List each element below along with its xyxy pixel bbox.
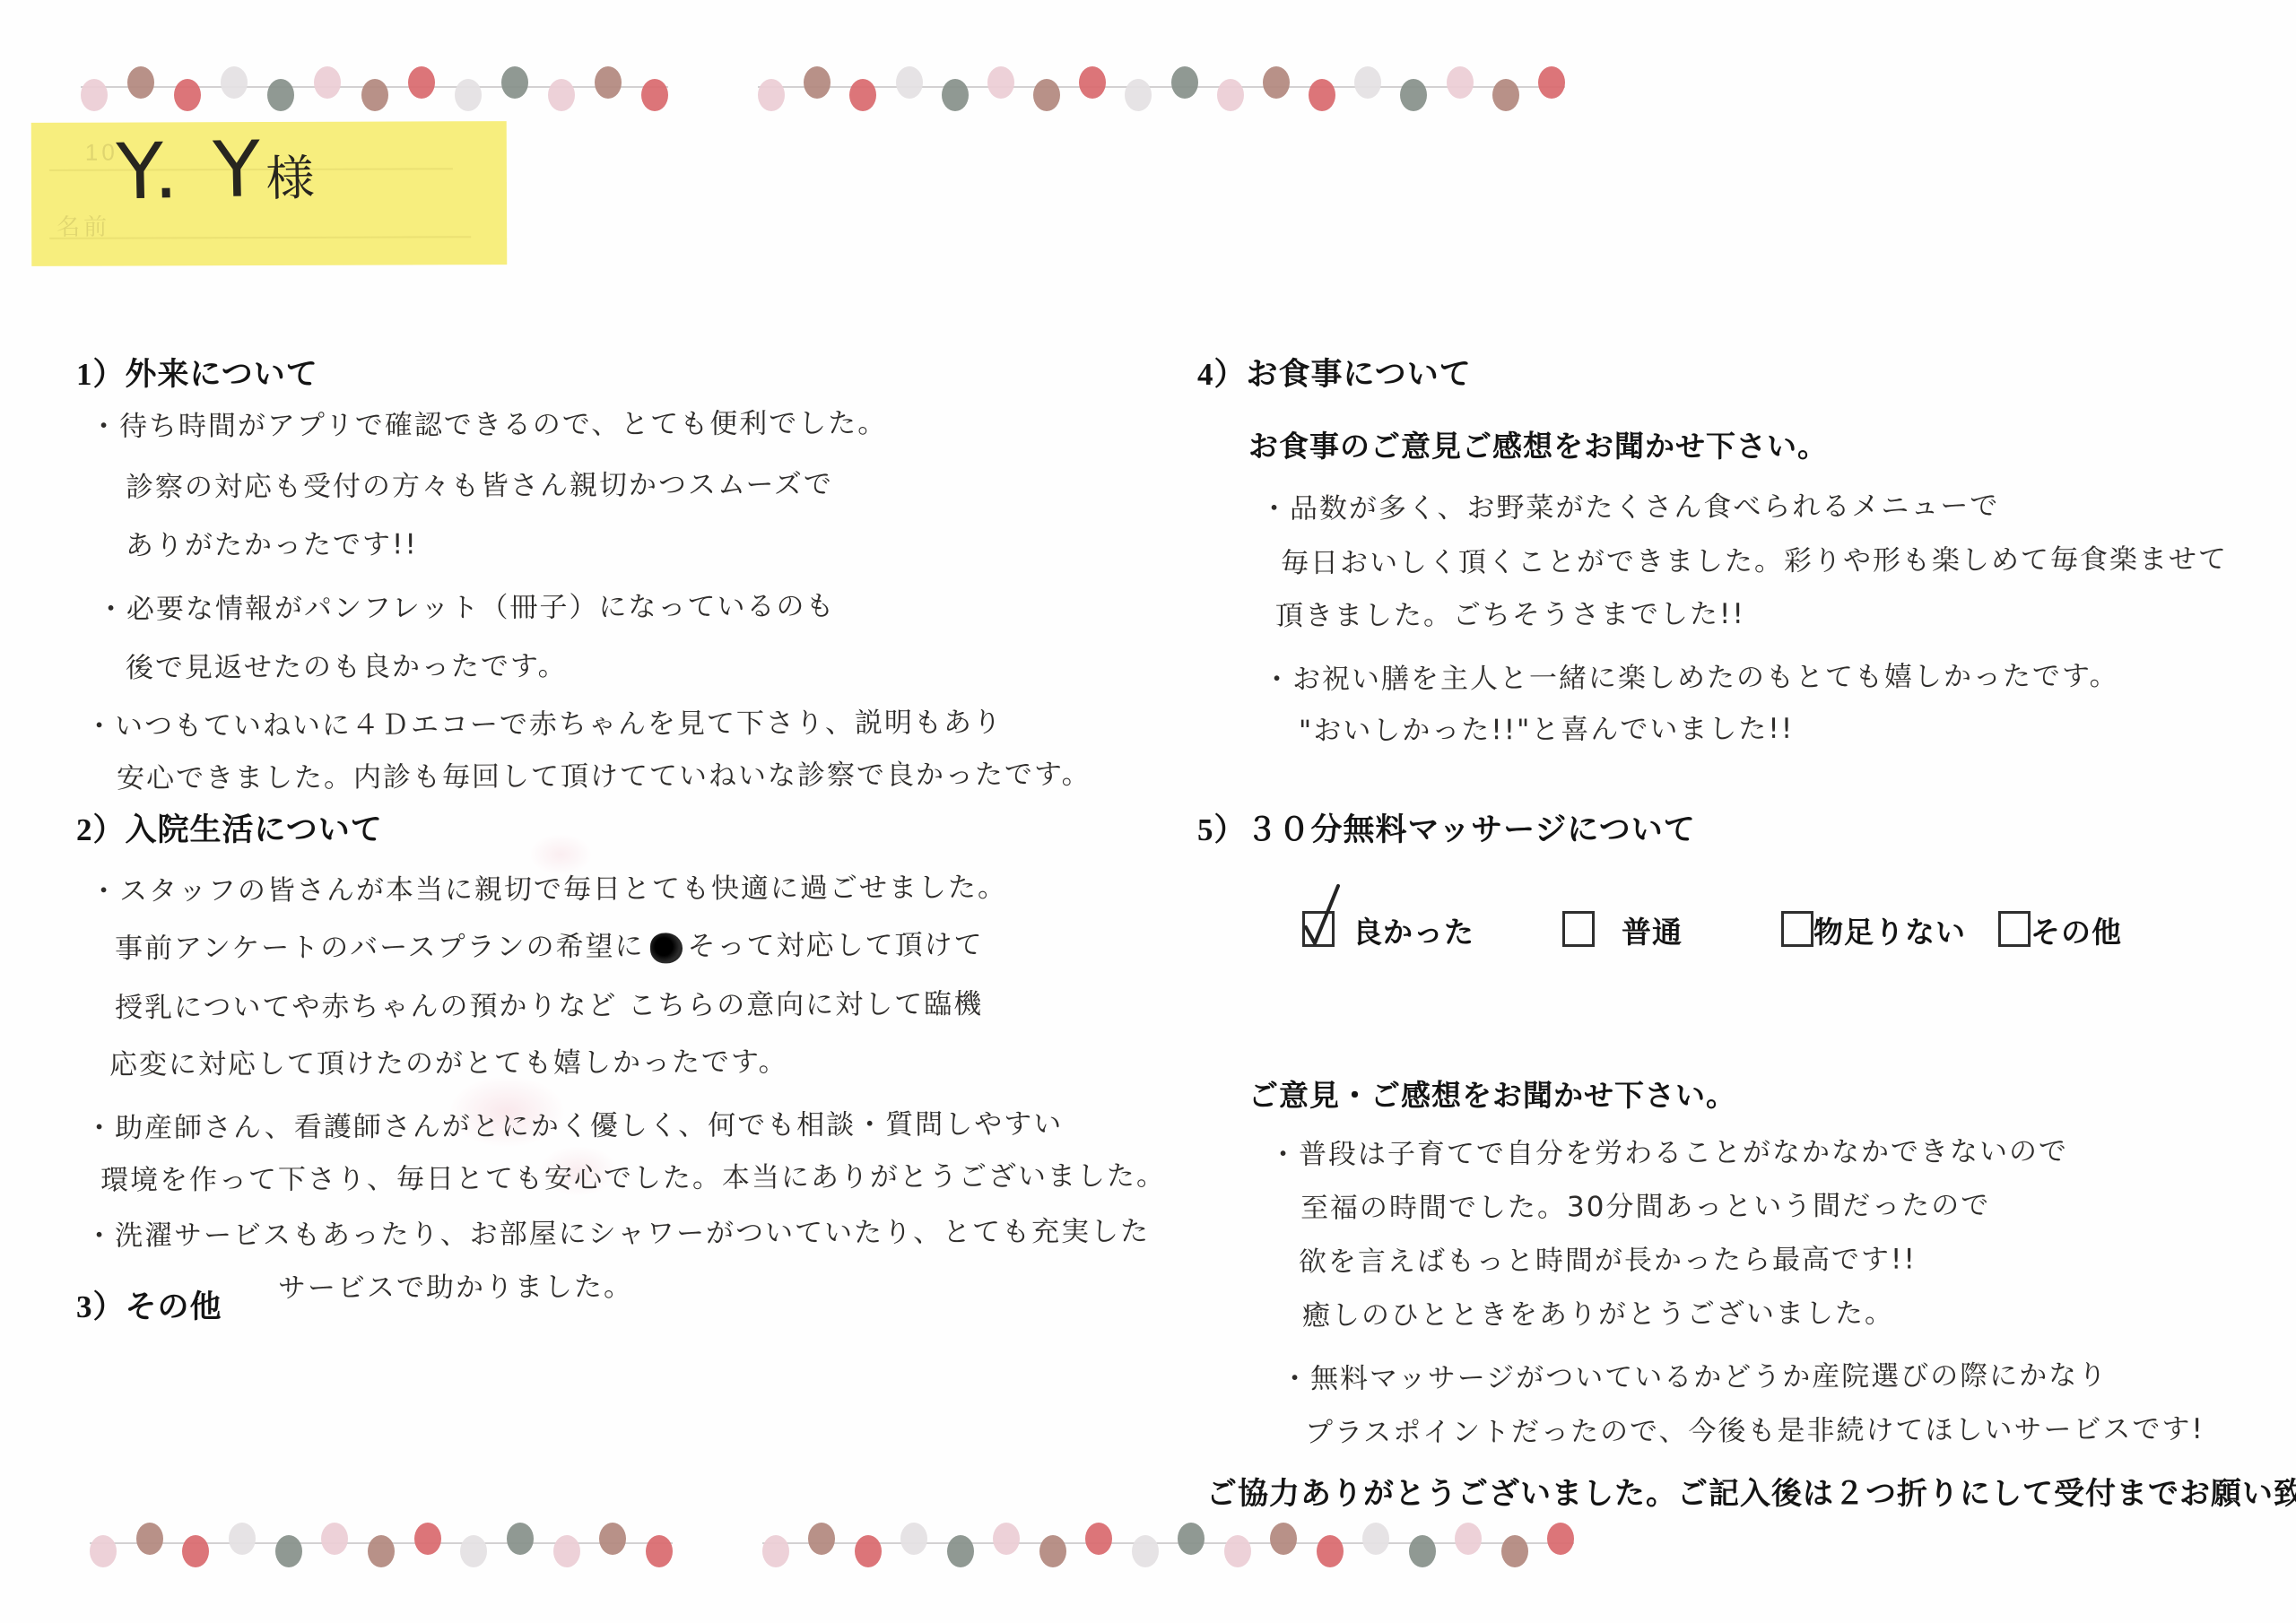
garland-dot	[361, 79, 388, 111]
handwritten-line-redacted: 事前アンケートのバースプランの希望にそって対応して頂けて	[115, 922, 984, 966]
garland-bottom-right	[762, 1521, 1574, 1567]
garland-dot	[1354, 66, 1381, 99]
garland-dot	[1547, 1523, 1574, 1555]
garland-dot	[595, 66, 622, 99]
garland-dot	[942, 79, 969, 111]
garland-dot	[368, 1535, 395, 1567]
garland-dot	[1033, 79, 1060, 111]
garland-dot	[993, 1523, 1020, 1555]
handwritten-line: ・待ち時間がアプリで確認できるので、とても便利でした。	[90, 400, 887, 444]
handwritten-line: 環境を作って下さり、毎日とても安心でした。本当にありがとうございました。	[100, 1152, 1166, 1197]
garland-dot	[1492, 79, 1519, 111]
garland-dot	[758, 79, 785, 111]
handwritten-line: ・品数が多く、お野菜がたくさん食べられるメニューで	[1260, 482, 2000, 526]
garland-dot	[1270, 1523, 1297, 1555]
ink-scribble	[650, 933, 683, 963]
handwritten-line: 後で見返せたのも良かったです。	[126, 643, 568, 685]
garland-dot	[1085, 1523, 1112, 1555]
handwritten-line: ・普段は子育てで自分を労わることがなかなかできないので	[1269, 1128, 2068, 1172]
garland-dot	[321, 1523, 348, 1555]
garland-dot	[1400, 79, 1427, 111]
note-ghost-name-label: 名前	[57, 209, 110, 242]
handwritten-line: ・必要な情報がパンフレット（冊子）になっているのも	[97, 583, 836, 627]
section5-heading: 5）３０分無料マッサージについて	[1197, 805, 1696, 850]
sticky-note: 10 名前 Y. Y様	[31, 121, 508, 266]
garland-dot	[314, 66, 341, 99]
redacted-after-text: そって対応して頂けて	[688, 929, 984, 962]
garland-dot	[408, 66, 435, 99]
garland-dot	[229, 1523, 256, 1555]
garland-dot	[174, 79, 201, 111]
garland-dot	[1079, 66, 1106, 99]
garland-dot	[762, 1535, 789, 1567]
scanned-questionnaire-page: 10 名前 Y. Y様 1）外来について ・待ち時間がアプリで確認できるので、と…	[0, 0, 2296, 1623]
checkbox-label-futsuu: 普通	[1622, 909, 1683, 951]
garland-thread	[762, 1542, 1574, 1544]
note-ghost-number: 10	[85, 139, 118, 167]
garland-dot	[849, 79, 876, 111]
garland-dot	[507, 1523, 534, 1555]
garland-dot	[947, 1535, 974, 1567]
section2-heading: 2）入院生活について	[76, 805, 383, 850]
garland-dot	[808, 1523, 835, 1555]
checkbox-label-sonota: その他	[2031, 909, 2122, 951]
garland-dot	[804, 66, 831, 99]
garland-top-left	[81, 65, 668, 111]
garland-dot	[127, 66, 154, 99]
garland-dot	[267, 79, 294, 111]
section1-heading: 1）外来について	[76, 350, 318, 395]
garland-dot	[1217, 79, 1244, 111]
handwritten-line: 安心できました。内診も毎回して頂けてていねいな診察で良かったです。	[117, 751, 1091, 796]
footer-instruction: ご協力ありがとうございました。ご記入後は２つ折りにして受付までお願い致します。	[1206, 1469, 2296, 1513]
handwritten-line: サービスで助かりました。	[278, 1263, 633, 1306]
garland-dot	[1224, 1535, 1251, 1567]
garland-dot	[275, 1535, 302, 1567]
handwritten-line: ありがたかったです!!	[126, 521, 418, 562]
checkbox-futsuu[interactable]	[1562, 911, 1595, 947]
garland-dot	[548, 79, 575, 111]
garland-dot	[460, 1535, 487, 1567]
garland-dot	[1039, 1535, 1066, 1567]
handwritten-line: ・無料マッサージがついているかどうか産院選びの際にかなり	[1281, 1352, 2108, 1396]
redacted-before-text: 事前アンケートのバースプランの希望に	[115, 931, 645, 966]
handwritten-line: ・いつもていねいに４Ｄエコーで赤ちゃんを見て下さり、説明もあり	[85, 699, 1003, 743]
section4-heading: 4）お食事について	[1197, 350, 1472, 395]
garland-dot	[90, 1535, 117, 1567]
initials-text: Y. Y	[116, 125, 266, 217]
garland-dot	[1409, 1535, 1436, 1567]
garland-dot	[81, 79, 108, 111]
section5-prompt: ご意見・ご感想をお聞かせ下さい。	[1248, 1072, 1736, 1115]
garland-dot	[1132, 1535, 1159, 1567]
garland-dot	[553, 1535, 580, 1567]
garland-dot	[1455, 1523, 1482, 1555]
handwritten-line: 授乳についてや赤ちゃんの預かりなど こちらの意向に対して臨機	[115, 981, 983, 1025]
garland-dot	[896, 66, 923, 99]
handwritten-line: ・お祝い膳を主人と一緒に楽しめたのもとても嬉しかったです。	[1263, 653, 2119, 697]
handwritten-line: 毎日おいしく頂くことができました。彩りや形も楽しめて毎食楽ませて	[1281, 536, 2228, 581]
garland-top-right	[758, 65, 1565, 111]
handwritten-line: 癒しのひとときをありがとうございました。	[1302, 1290, 1894, 1333]
section4-prompt: お食事のご意見ご感想をお聞かせ下さい。	[1248, 423, 1828, 465]
garland-dot	[646, 1535, 673, 1567]
garland-dot	[1125, 79, 1152, 111]
checkbox-sonota[interactable]	[1998, 911, 2031, 947]
garland-dot	[1309, 79, 1335, 111]
honorific-text: 様	[265, 150, 315, 207]
note-ghost-line	[49, 236, 471, 239]
handwritten-line: ・洗濯サービスもあったり、お部屋にシャワーがついていたり、とても充実した	[85, 1208, 1150, 1253]
checkbox-label-monotarinai: 物足りない	[1813, 909, 1966, 951]
garland-dot	[599, 1523, 626, 1555]
garland-bottom-left	[90, 1521, 673, 1567]
garland-dot	[136, 1523, 163, 1555]
handwritten-line: 頂きました。ごちそうさまでした!!	[1275, 591, 1745, 633]
garland-dot	[641, 79, 668, 111]
garland-dot	[1362, 1523, 1389, 1555]
handwritten-line: 応変に対応して頂けたのがとても嬉しかったです。	[109, 1038, 788, 1081]
handwritten-line: "おいしかった!!"と喜んでいました!!	[1299, 706, 1794, 748]
garland-dot	[900, 1523, 927, 1555]
garland-dot	[855, 1535, 882, 1567]
checkbox-label-yokatta: 良かった	[1352, 909, 1474, 951]
handwritten-checkmark	[1297, 881, 1351, 949]
garland-dot	[1538, 66, 1565, 99]
garland-dot	[1501, 1535, 1528, 1567]
garland-dot	[1171, 66, 1198, 99]
garland-dot	[221, 66, 248, 99]
garland-dot	[182, 1535, 209, 1567]
garland-dot	[1263, 66, 1290, 99]
section3-heading: 3）その他	[76, 1282, 222, 1327]
garland-dot	[987, 66, 1014, 99]
handwritten-line: ・スタッフの皆さんが本当に親切で毎日とても快適に過ごせました。	[90, 864, 1007, 908]
garland-dot	[501, 66, 528, 99]
garland-dot	[1447, 66, 1474, 99]
handwritten-line: 欲を言えばもっと時間が長かったら最高です!!	[1299, 1236, 1917, 1279]
garland-dot	[1178, 1523, 1205, 1555]
handwritten-line: 診察の対応も受付の方々も皆さん親切かつスムーズで	[126, 461, 833, 504]
handwritten-line: 至福の時間でした。30分間あっという間だったので	[1300, 1182, 1990, 1225]
patient-initials: Y. Y様	[116, 124, 315, 218]
garland-dot	[1317, 1535, 1344, 1567]
garland-thread	[758, 86, 1565, 88]
handwritten-line: プラスポイントだったので、今後も是非続けてほしいサービスです!	[1305, 1406, 2205, 1450]
checkbox-monotarinai[interactable]	[1781, 911, 1813, 947]
garland-dot	[414, 1523, 441, 1555]
handwritten-line: ・助産師さん、看護師さんがとにかく優しく、何でも相談・質問しやすい	[85, 1101, 1063, 1146]
garland-dot	[455, 79, 482, 111]
